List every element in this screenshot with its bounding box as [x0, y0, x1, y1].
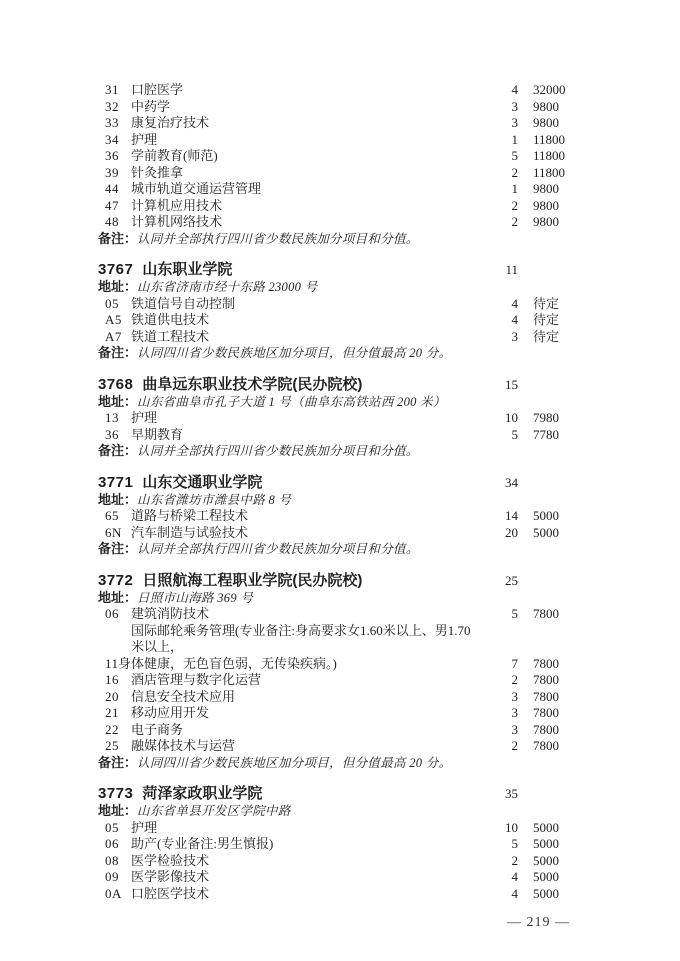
course-tuition: 7800 [533, 705, 570, 722]
course-tuition: 待定 [533, 329, 570, 346]
remark-row: 备注：认同并全部执行四川省少数民族加分项目和分值。 [98, 541, 570, 558]
course-name: 移动应用开发 [131, 705, 482, 722]
remark-text: 认同并全部执行四川省少数民族加分项目和分值。 [137, 542, 419, 556]
institution-name: 山东职业学院 [142, 260, 482, 279]
course-name-line1: 铁道工程技术 [131, 329, 482, 346]
course-name: 康复治疗技术 [131, 115, 482, 132]
course-tuition: 9800 [533, 115, 570, 132]
course-code: 05 [105, 296, 131, 313]
document-page: 31口腔医学43200032中药学3980033康复治疗技术3980034护理1… [0, 0, 680, 961]
institution-name: 日照航海工程职业学院(民办院校) [142, 571, 482, 590]
course-row: 22电子商务37800 [98, 722, 570, 739]
course-tuition: 9800 [533, 214, 570, 231]
course-name-line1: 计算机网络技术 [131, 214, 482, 231]
course-tuition: 5000 [533, 525, 570, 542]
institution-code: 3773 [98, 784, 133, 803]
course-plan-count: 2 [482, 214, 518, 231]
course-tuition: 7800 [533, 689, 570, 706]
course-tuition: 7800 [533, 738, 570, 755]
address-text: 山东省曲阜市孔子大道 1 号（曲阜东高铁站西 200 米） [137, 395, 446, 409]
course-tuition: 11800 [533, 132, 570, 149]
course-name-line1: 中药学 [131, 99, 482, 116]
course-code: 20 [105, 689, 131, 706]
course-plan-count: 5 [482, 427, 518, 444]
address-text: 山东省潍坊市潍县中路 8 号 [137, 493, 291, 507]
course-tuition: 5000 [533, 836, 570, 853]
course-code: 05 [105, 820, 131, 837]
course-row: 05护理105000 [98, 820, 570, 837]
course-plan-count: 2 [482, 165, 518, 182]
course-plan-count: 5 [482, 148, 518, 165]
institution-code: 3767 [98, 260, 133, 279]
course-row: A7铁道工程技术3待定 [98, 329, 570, 346]
course-row: 21移动应用开发37800 [98, 705, 570, 722]
institution-code: 3768 [98, 375, 133, 394]
course-row: 25融媒体技术与运营27800 [98, 738, 570, 755]
course-plan-count: 3 [482, 99, 518, 116]
course-code: 09 [105, 869, 131, 886]
institution-total-plan: 11 [482, 260, 518, 279]
course-code: 25 [105, 738, 131, 755]
continuation-course-list: 31口腔医学43200032中药学3980033康复治疗技术3980034护理1… [98, 82, 570, 231]
institution-section: 3768曲阜远东职业技术学院(民办院校)15地址：山东省曲阜市孔子大道 1 号（… [98, 375, 570, 460]
course-name-line1: 护理 [131, 132, 482, 149]
course-code: 0A [105, 886, 131, 903]
remark-text: 认同并全部执行四川省少数民族加分项目和分值。 [137, 232, 419, 246]
course-row: 06建筑消防技术57800 [98, 606, 570, 623]
page-content: 31口腔医学43200032中药学3980033康复治疗技术3980034护理1… [98, 82, 570, 932]
course-tuition: 11800 [533, 148, 570, 165]
course-tuition: 9800 [533, 198, 570, 215]
course-plan-count: 2 [482, 738, 518, 755]
course-name: 口腔医学技术 [131, 886, 482, 903]
address-label: 地址： [98, 394, 137, 409]
course-name: 铁道工程技术 [131, 329, 482, 346]
course-name-line1: 医学检验技术 [131, 853, 482, 870]
course-name-line1: 计算机应用技术 [131, 198, 482, 215]
course-row: A5铁道供电技术4待定 [98, 312, 570, 329]
course-code: 16 [105, 672, 131, 689]
institution-total-plan: 34 [482, 473, 518, 492]
course-name-line1: 口腔医学 [131, 82, 482, 99]
course-code: 31 [105, 82, 131, 99]
institution-name: 曲阜远东职业技术学院(民办院校) [142, 375, 482, 394]
institution-total-plan: 25 [482, 571, 518, 590]
course-tuition: 7980 [533, 410, 570, 427]
course-name: 信息安全技术应用 [131, 689, 482, 706]
remark-label: 备注： [98, 345, 137, 360]
course-name: 建筑消防技术 [131, 606, 482, 623]
course-row: 65道路与桥梁工程技术145000 [98, 508, 570, 525]
course-row: 08医学检验技术25000 [98, 853, 570, 870]
course-code: 06 [105, 606, 131, 623]
course-name: 医学检验技术 [131, 853, 482, 870]
course-tuition: 5000 [533, 508, 570, 525]
page-number: — 219 — [507, 915, 570, 930]
course-name: 铁道信号自动控制 [131, 296, 482, 313]
course-name-line1: 电子商务 [131, 722, 482, 739]
course-plan-count: 3 [482, 705, 518, 722]
course-tuition: 待定 [533, 312, 570, 329]
course-code: 47 [105, 198, 131, 215]
remark-row: 备注：认同并全部执行四川省少数民族加分项目和分值。 [98, 443, 570, 460]
remark-row: 备注：认同四川省少数民族地区加分项目，但分值最高 20 分。 [98, 755, 570, 772]
course-tuition: 32000 [533, 82, 570, 99]
course-plan-count: 3 [482, 689, 518, 706]
course-name: 融媒体技术与运营 [131, 738, 482, 755]
course-plan-count: 1 [482, 181, 518, 198]
page-footer: — 219 — [98, 914, 570, 932]
remark-label: 备注： [98, 231, 137, 246]
remark-row: 备注：认同并全部执行四川省少数民族加分项目和分值。 [98, 231, 570, 248]
course-row: 13护理107980 [98, 410, 570, 427]
institution-name: 山东交通职业学院 [142, 473, 482, 492]
course-code: 13 [105, 410, 131, 427]
institution-header: 3767山东职业学院11 [98, 260, 570, 279]
course-code: 48 [105, 214, 131, 231]
course-name: 计算机网络技术 [131, 214, 482, 231]
course-name: 铁道供电技术 [131, 312, 482, 329]
course-plan-count: 5 [482, 606, 518, 623]
course-plan-count: 4 [482, 886, 518, 903]
institution-name: 菏泽家政职业学院 [142, 784, 482, 803]
course-name: 早期教育 [131, 427, 482, 444]
course-code: 34 [105, 132, 131, 149]
course-tuition: 7780 [533, 427, 570, 444]
remark-label: 备注： [98, 541, 137, 556]
address-label: 地址： [98, 492, 137, 507]
course-code: A5 [105, 312, 131, 329]
course-name-line1: 道路与桥梁工程技术 [131, 508, 482, 525]
course-row: 09医学影像技术45000 [98, 869, 570, 886]
course-row: 16酒店管理与数字化运营27800 [98, 672, 570, 689]
course-plan-count: 3 [482, 722, 518, 739]
course-row: 34护理111800 [98, 132, 570, 149]
course-tuition: 待定 [533, 296, 570, 313]
course-name: 中药学 [131, 99, 482, 116]
course-name: 国际邮轮乘务管理(专业备注:身高要求女1.60米以上、男1.70米以上，身体健康… [131, 623, 482, 673]
course-tuition: 5000 [533, 869, 570, 886]
institution-code: 3772 [98, 571, 133, 590]
course-plan-count: 10 [482, 410, 518, 427]
course-tuition: 7800 [533, 722, 570, 739]
course-name: 学前教育(师范) [131, 148, 482, 165]
course-name: 口腔医学 [131, 82, 482, 99]
institution-code: 3771 [98, 473, 133, 492]
course-name: 护理 [131, 820, 482, 837]
course-code: A7 [105, 329, 131, 346]
address-row: 地址：山东省潍坊市潍县中路 8 号 [98, 492, 570, 509]
address-label: 地址： [98, 803, 137, 818]
institution-total-plan: 15 [482, 375, 518, 394]
course-row: 36学前教育(师范)511800 [98, 148, 570, 165]
course-name-line1: 早期教育 [131, 427, 482, 444]
course-row: 31口腔医学432000 [98, 82, 570, 99]
course-name: 汽车制造与试验技术 [131, 525, 482, 542]
course-plan-count: 3 [482, 329, 518, 346]
address-label: 地址： [98, 590, 137, 605]
course-row: 32中药学39800 [98, 99, 570, 116]
course-code: 22 [105, 722, 131, 739]
course-tuition: 11800 [533, 165, 570, 182]
remark-label: 备注： [98, 443, 137, 458]
institution-sections: 3767山东职业学院11地址：山东省济南市经十东路 23000 号05铁道信号自… [98, 260, 570, 902]
course-tuition: 7800 [533, 656, 570, 673]
institution-section: 3767山东职业学院11地址：山东省济南市经十东路 23000 号05铁道信号自… [98, 260, 570, 362]
course-name-line1: 医学影像技术 [131, 869, 482, 886]
course-row: 47计算机应用技术29800 [98, 198, 570, 215]
course-row: 39针灸推拿211800 [98, 165, 570, 182]
address-row: 地址：山东省单县开发区学院中路 [98, 803, 570, 820]
course-name-line1: 针灸推拿 [131, 165, 482, 182]
course-code: 65 [105, 508, 131, 525]
course-name: 道路与桥梁工程技术 [131, 508, 482, 525]
course-plan-count: 4 [482, 312, 518, 329]
course-code: 6N [105, 525, 131, 542]
course-name: 电子商务 [131, 722, 482, 739]
course-name-line1: 汽车制造与试验技术 [131, 525, 482, 542]
address-text: 山东省单县开发区学院中路 [137, 804, 291, 818]
institution-header: 3773菏泽家政职业学院35 [98, 784, 570, 803]
course-code: 06 [105, 836, 131, 853]
course-name-line1: 城市轨道交通运营管理 [131, 181, 482, 198]
course-row: 6N汽车制造与试验技术205000 [98, 525, 570, 542]
course-plan-count: 1 [482, 132, 518, 149]
course-code: 39 [105, 165, 131, 182]
course-tuition: 9800 [533, 99, 570, 116]
institution-section: 3773菏泽家政职业学院35地址：山东省单县开发区学院中路05护理1050000… [98, 784, 570, 902]
remark-label: 备注： [98, 755, 137, 770]
course-name-line1: 信息安全技术应用 [131, 689, 482, 706]
institution-header: 3768曲阜远东职业技术学院(民办院校)15 [98, 375, 570, 394]
course-name-line1: 护理 [131, 820, 482, 837]
course-name-line2: 身体健康，无色盲色弱，无传染疾病。) [118, 656, 482, 673]
course-plan-count: 2 [482, 672, 518, 689]
course-plan-count: 3 [482, 115, 518, 132]
institution-total-plan: 35 [482, 784, 518, 803]
course-name-line1: 移动应用开发 [131, 705, 482, 722]
course-code: 44 [105, 181, 131, 198]
course-plan-count: 10 [482, 820, 518, 837]
course-name: 助产(专业备注:男生慎报) [131, 836, 482, 853]
course-plan-count: 7 [482, 656, 518, 673]
course-tuition: 7800 [533, 606, 570, 623]
course-name-line1: 国际邮轮乘务管理(专业备注:身高要求女1.60米以上、男1.70米以上， [131, 623, 482, 656]
course-name: 城市轨道交通运营管理 [131, 181, 482, 198]
course-code: 36 [105, 427, 131, 444]
course-plan-count: 4 [482, 82, 518, 99]
course-row: 44城市轨道交通运营管理19800 [98, 181, 570, 198]
course-plan-count: 4 [482, 296, 518, 313]
course-name-line1: 融媒体技术与运营 [131, 738, 482, 755]
course-row: 33康复治疗技术39800 [98, 115, 570, 132]
course-plan-count: 14 [482, 508, 518, 525]
address-row: 地址：日照市山海路 369 号 [98, 590, 570, 607]
course-code: 32 [105, 99, 131, 116]
course-row: 0A口腔医学技术45000 [98, 886, 570, 903]
course-plan-count: 20 [482, 525, 518, 542]
course-plan-count: 4 [482, 869, 518, 886]
course-plan-count: 2 [482, 198, 518, 215]
remark-text: 认同四川省少数民族地区加分项目，但分值最高 20 分。 [137, 346, 451, 360]
institution-header: 3772日照航海工程职业学院(民办院校)25 [98, 571, 570, 590]
course-name: 针灸推拿 [131, 165, 482, 182]
course-tuition: 7800 [533, 672, 570, 689]
course-plan-count: 2 [482, 853, 518, 870]
course-name-line1: 建筑消防技术 [131, 606, 482, 623]
course-name: 护理 [131, 132, 482, 149]
course-row: 36早期教育57780 [98, 427, 570, 444]
course-row: 11国际邮轮乘务管理(专业备注:身高要求女1.60米以上、男1.70米以上，身体… [98, 623, 570, 673]
course-name-line1: 口腔医学技术 [131, 886, 482, 903]
course-name: 医学影像技术 [131, 869, 482, 886]
course-code: 21 [105, 705, 131, 722]
course-name: 酒店管理与数字化运营 [131, 672, 482, 689]
course-row: 05铁道信号自动控制4待定 [98, 296, 570, 313]
course-code: 33 [105, 115, 131, 132]
course-row: 06助产(专业备注:男生慎报)55000 [98, 836, 570, 853]
course-name: 护理 [131, 410, 482, 427]
address-row: 地址：山东省济南市经十东路 23000 号 [98, 279, 570, 296]
institution-section: 3771山东交通职业学院34地址：山东省潍坊市潍县中路 8 号65道路与桥梁工程… [98, 473, 570, 558]
address-label: 地址： [98, 279, 137, 294]
address-text: 山东省济南市经十东路 23000 号 [137, 280, 317, 294]
course-tuition: 5000 [533, 820, 570, 837]
course-tuition: 5000 [533, 853, 570, 870]
course-name-line1: 铁道信号自动控制 [131, 296, 482, 313]
remark-text: 认同四川省少数民族地区加分项目，但分值最高 20 分。 [137, 756, 451, 770]
course-row: 48计算机网络技术29800 [98, 214, 570, 231]
institution-section: 3772日照航海工程职业学院(民办院校)25地址：日照市山海路 369 号06建… [98, 571, 570, 772]
course-name-line1: 酒店管理与数字化运营 [131, 672, 482, 689]
institution-header: 3771山东交通职业学院34 [98, 473, 570, 492]
course-tuition: 5000 [533, 886, 570, 903]
course-code: 36 [105, 148, 131, 165]
address-text: 日照市山海路 369 号 [137, 591, 253, 605]
course-tuition: 9800 [533, 181, 570, 198]
remark-text: 认同并全部执行四川省少数民族加分项目和分值。 [137, 444, 419, 458]
course-name-line1: 护理 [131, 410, 482, 427]
course-plan-count: 5 [482, 836, 518, 853]
course-name-line1: 学前教育(师范) [131, 148, 482, 165]
course-name: 计算机应用技术 [131, 198, 482, 215]
course-name-line1: 助产(专业备注:男生慎报) [131, 836, 482, 853]
remark-row: 备注：认同四川省少数民族地区加分项目，但分值最高 20 分。 [98, 345, 570, 362]
address-row: 地址：山东省曲阜市孔子大道 1 号（曲阜东高铁站西 200 米） [98, 394, 570, 411]
course-name-line1: 康复治疗技术 [131, 115, 482, 132]
course-name-line1: 铁道供电技术 [131, 312, 482, 329]
course-row: 20信息安全技术应用37800 [98, 689, 570, 706]
course-code: 08 [105, 853, 131, 870]
